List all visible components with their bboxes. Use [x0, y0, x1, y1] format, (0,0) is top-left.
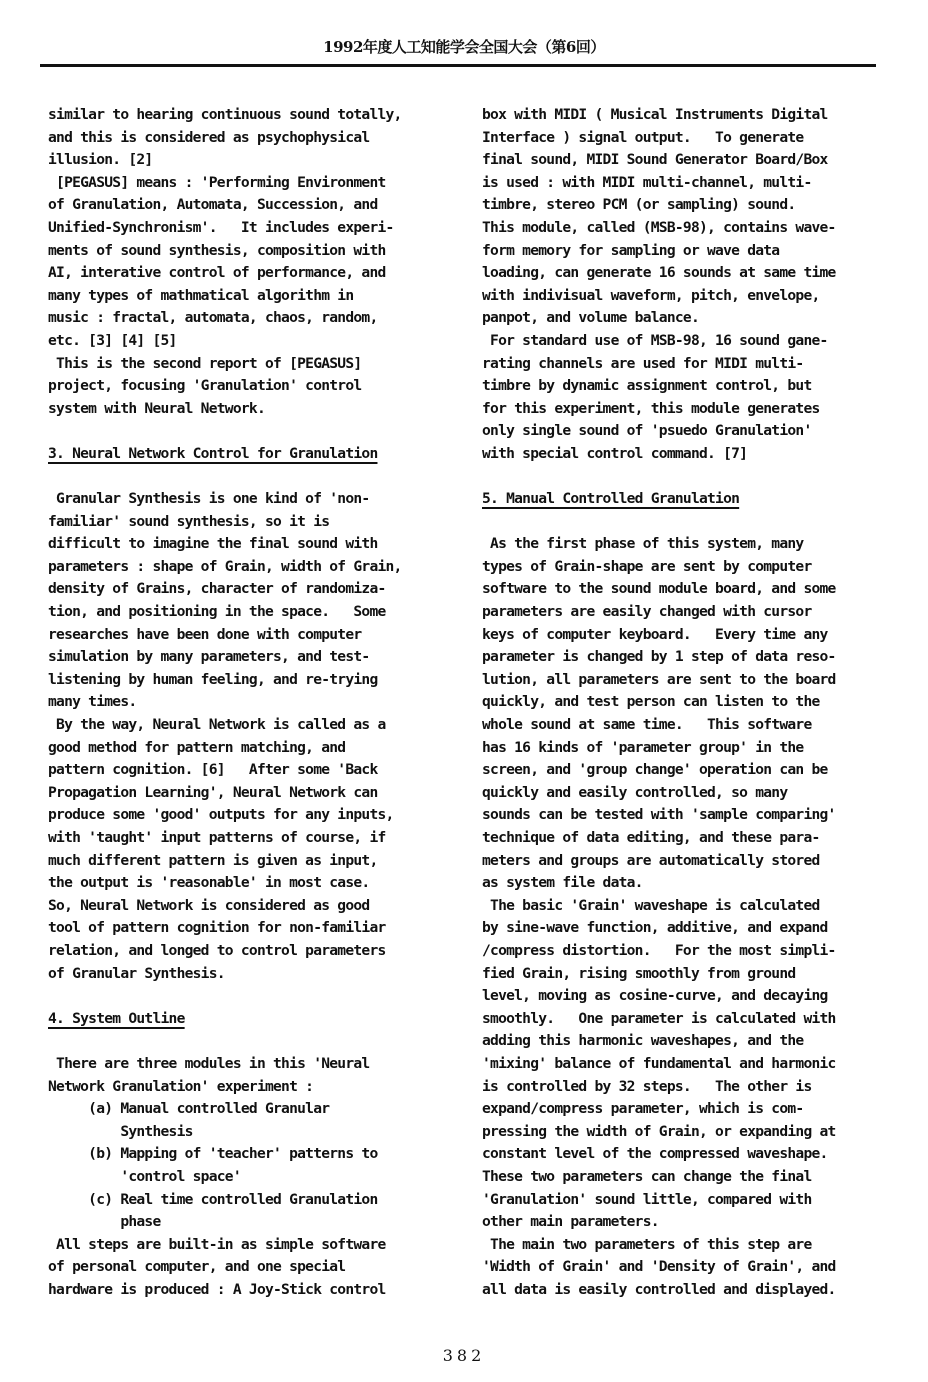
text-line: The basic 'Grain' waveshape is calculate… [482, 895, 892, 918]
text-line: There are three modules in this 'Neural [48, 1053, 458, 1076]
text-line: ments of sound synthesis, composition wi… [48, 240, 458, 263]
text-line: tion, and positioning in the space. Some [48, 601, 458, 624]
blank-line [48, 1030, 458, 1053]
text-line: is controlled by 32 steps. The other is [482, 1076, 892, 1099]
text-line: keys of computer keyboard. Every time an… [482, 624, 892, 647]
text-line: Granular Synthesis is one kind of 'non- [48, 488, 458, 511]
text-line: with 'taught' input patterns of course, … [48, 827, 458, 850]
text-line: of personal computer, and one special [48, 1256, 458, 1279]
text-line: (a) Manual controlled Granular [48, 1098, 458, 1121]
text-line: has 16 kinds of 'parameter group' in the [482, 737, 892, 760]
section-heading: 4. System Outline [48, 1008, 185, 1031]
page-number: 382 [0, 1346, 928, 1365]
text-line: lution, all parameters are sent to the b… [482, 669, 892, 692]
text-line: difficult to imagine the final sound wit… [48, 533, 458, 556]
text-line: pressing the width of Grain, or expandin… [482, 1121, 892, 1144]
text-line: constant level of the compressed wavesha… [482, 1143, 892, 1166]
text-line: tool of pattern cognition for non-famili… [48, 917, 458, 940]
text-line: timbre by dynamic assignment control, bu… [482, 375, 892, 398]
text-line: expand/compress parameter, which is com- [482, 1098, 892, 1121]
text-line: good method for pattern matching, and [48, 737, 458, 760]
text-line: illusion. [2] [48, 149, 458, 172]
text-line: parameters are easily changed with curso… [482, 601, 892, 624]
running-header: 1992年度人工知能学会全国大会（第6回） [0, 36, 928, 57]
text-line: quickly and easily controlled, so many [482, 782, 892, 805]
section-heading: 5. Manual Controlled Granulation [482, 488, 739, 511]
text-line: As the first phase of this system, many [482, 533, 892, 556]
text-line: Propagation Learning', Neural Network ca… [48, 782, 458, 805]
section-heading-row: 4. System Outline [48, 1008, 458, 1031]
text-line: music : fractal, automata, chaos, random… [48, 307, 458, 330]
text-line: For standard use of MSB-98, 16 sound gan… [482, 330, 892, 353]
text-line: 'control space' [48, 1166, 458, 1189]
text-line: 'Width of Grain' and 'Density of Grain',… [482, 1256, 892, 1279]
text-line: quickly, and test person can listen to t… [482, 691, 892, 714]
text-line: for this experiment, this module generat… [482, 398, 892, 421]
text-line: many times. [48, 691, 458, 714]
text-line: timbre, stereo PCM (or sampling) sound. [482, 194, 892, 217]
text-line: with special control command. [7] [482, 443, 892, 466]
text-line: software to the sound module board, and … [482, 578, 892, 601]
text-line: project, focusing 'Granulation' control [48, 375, 458, 398]
text-line: 'Granulation' sound little, compared wit… [482, 1189, 892, 1212]
text-line: (c) Real time controlled Granulation [48, 1189, 458, 1212]
text-line: (b) Mapping of 'teacher' patterns to [48, 1143, 458, 1166]
text-line: relation, and longed to control paramete… [48, 940, 458, 963]
text-line: panpot, and volume balance. [482, 307, 892, 330]
text-line: researches have been done with computer [48, 624, 458, 647]
text-line: similar to hearing continuous sound tota… [48, 104, 458, 127]
text-line: parameters : shape of Grain, width of Gr… [48, 556, 458, 579]
text-line: By the way, Neural Network is called as … [48, 714, 458, 737]
text-line: produce some 'good' outputs for any inpu… [48, 804, 458, 827]
text-line: 'mixing' balance of fundamental and harm… [482, 1053, 892, 1076]
text-line: AI, interative control of performance, a… [48, 262, 458, 285]
text-line: This is the second report of [PEGASUS] [48, 353, 458, 376]
text-line: system with Neural Network. [48, 398, 458, 421]
text-line: all data is easily controlled and displa… [482, 1279, 892, 1302]
blank-line [48, 985, 458, 1008]
text-line: is used : with MIDI multi-channel, multi… [482, 172, 892, 195]
text-line: fied Grain, rising smoothly from ground [482, 963, 892, 986]
text-line: listening by human feeling, and re-tryin… [48, 669, 458, 692]
text-line: smoothly. One parameter is calculated wi… [482, 1008, 892, 1031]
text-line: Unified-Synchronism'. It includes experi… [48, 217, 458, 240]
text-line: box with MIDI ( Musical Instruments Digi… [482, 104, 892, 127]
text-line: density of Grains, character of randomiz… [48, 578, 458, 601]
right-column: box with MIDI ( Musical Instruments Digi… [482, 104, 892, 1301]
left-column: similar to hearing continuous sound tota… [48, 104, 458, 1301]
text-line: All steps are built-in as simple softwar… [48, 1234, 458, 1257]
text-line: and this is considered as psychophysical [48, 127, 458, 150]
text-line: loading, can generate 16 sounds at same … [482, 262, 892, 285]
text-line: whole sound at same time. This software [482, 714, 892, 737]
text-line: the output is 'reasonable' in most case. [48, 872, 458, 895]
text-line: Interface ) signal output. To generate [482, 127, 892, 150]
section-heading: 3. Neural Network Control for Granulatio… [48, 443, 377, 466]
text-line: many types of mathmatical algorithm in [48, 285, 458, 308]
text-line: of Granulation, Automata, Succession, an… [48, 194, 458, 217]
text-line: parameter is changed by 1 step of data r… [482, 646, 892, 669]
text-line: only single sound of 'psuedo Granulation… [482, 420, 892, 443]
text-line: Synthesis [48, 1121, 458, 1144]
text-line: screen, and 'group change' operation can… [482, 759, 892, 782]
text-line: types of Grain-shape are sent by compute… [482, 556, 892, 579]
blank-line [482, 466, 892, 489]
text-line: sounds can be tested with 'sample compar… [482, 804, 892, 827]
text-line: So, Neural Network is considered as good [48, 895, 458, 918]
text-line: This module, called (MSB-98), contains w… [482, 217, 892, 240]
text-line: technique of data editing, and these par… [482, 827, 892, 850]
text-line: familiar' sound synthesis, so it is [48, 511, 458, 534]
text-line: as system file data. [482, 872, 892, 895]
text-line: form memory for sampling or wave data [482, 240, 892, 263]
text-line: meters and groups are automatically stor… [482, 850, 892, 873]
text-line: phase [48, 1211, 458, 1234]
section-heading-row: 5. Manual Controlled Granulation [482, 488, 892, 511]
text-line: /compress distortion. For the most simpl… [482, 940, 892, 963]
text-line: level, moving as cosine-curve, and decay… [482, 985, 892, 1008]
text-line: of Granular Synthesis. [48, 963, 458, 986]
text-line: by sine-wave function, additive, and exp… [482, 917, 892, 940]
text-line: Network Granulation' experiment : [48, 1076, 458, 1099]
text-line: with indivisual waveform, pitch, envelop… [482, 285, 892, 308]
text-line: The main two parameters of this step are [482, 1234, 892, 1257]
text-line: These two parameters can change the fina… [482, 1166, 892, 1189]
text-line: other main parameters. [482, 1211, 892, 1234]
text-line: simulation by many parameters, and test- [48, 646, 458, 669]
header-rule [40, 64, 876, 67]
text-line: final sound, MIDI Sound Generator Board/… [482, 149, 892, 172]
text-line: much different pattern is given as input… [48, 850, 458, 873]
text-line: [PEGASUS] means : 'Performing Environmen… [48, 172, 458, 195]
blank-line [48, 466, 458, 489]
text-line: hardware is produced : A Joy-Stick contr… [48, 1279, 458, 1302]
blank-line [48, 420, 458, 443]
text-line: adding this harmonic waveshapes, and the [482, 1030, 892, 1053]
section-heading-row: 3. Neural Network Control for Granulatio… [48, 443, 458, 466]
text-line: rating channels are used for MIDI multi- [482, 353, 892, 376]
text-line: pattern cognition. [6] After some 'Back [48, 759, 458, 782]
blank-line [482, 511, 892, 534]
text-line: etc. [3] [4] [5] [48, 330, 458, 353]
